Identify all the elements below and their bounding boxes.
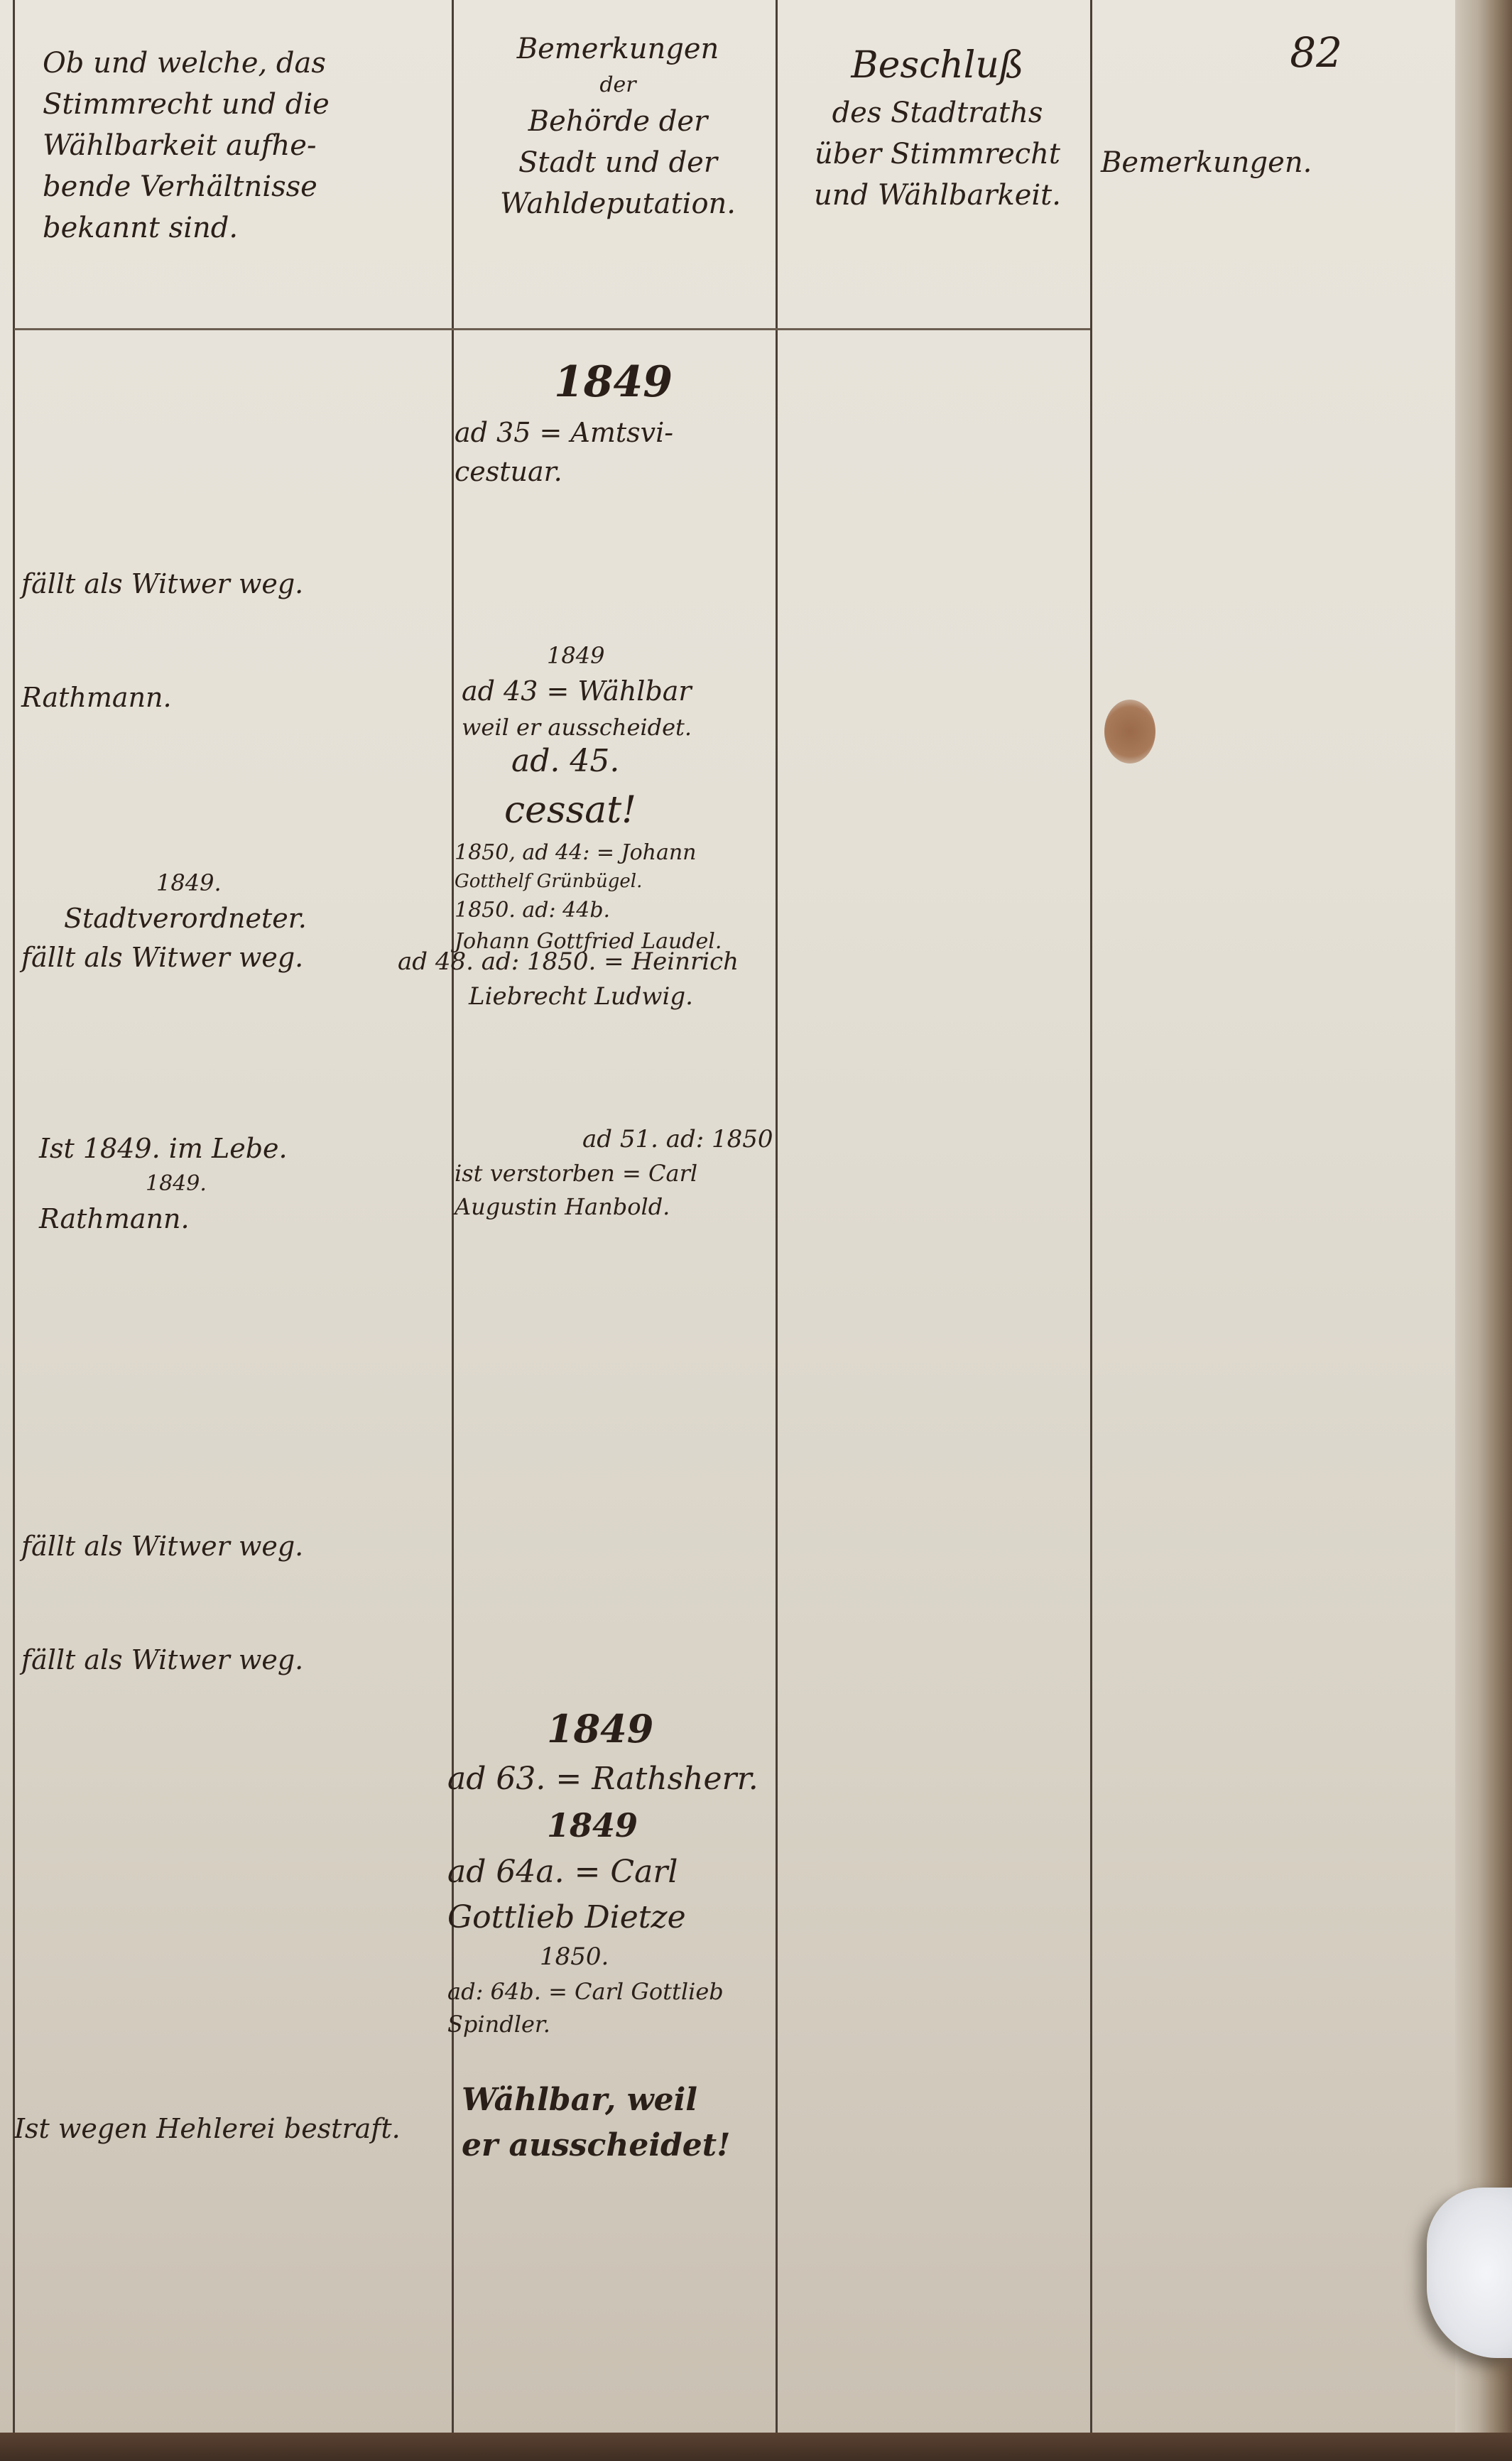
book-binding-edge: [1455, 0, 1512, 2461]
entry-col2: Wählbar, weil er ausscheidet!: [462, 2077, 730, 2168]
column-header-3: Beschluß des Stadtraths über Stimmrecht …: [788, 39, 1087, 216]
entry-col1: fällt als Witwer weg.: [21, 565, 303, 604]
page-bottom-edge: [0, 2433, 1512, 2461]
entry-col1: Rathmann.: [21, 678, 172, 717]
entry-col2: ad. 45. cessat! 1850, ad 44: = Johann Go…: [455, 739, 722, 957]
column-rule-2: [776, 0, 778, 2443]
column-header-2: Bemerkungen der Behörde der Stadt und de…: [469, 28, 767, 224]
entry-col2: 1849 ad 63. = Rathsherr. 1849 ad 64a. = …: [447, 1701, 758, 2041]
entry-col1: fällt als Witwer weg.: [21, 1527, 303, 1566]
page-number: 82: [1290, 28, 1342, 77]
column-rule-1: [452, 0, 454, 2443]
entry-col2: 1849 ad 35 = Amtsvi- cestuar.: [455, 352, 673, 491]
column-header-4: Bemerkungen.: [1101, 142, 1312, 183]
column-rule-left: [13, 0, 15, 2443]
column-rule-3: [1090, 0, 1092, 2443]
entry-col2: ad 51. ad: 1850 ist verstorben = Carl Au…: [455, 1122, 773, 1223]
document-page: 82 Ob und welche, das Stimmrecht und die…: [0, 0, 1463, 2443]
ink-stain: [1104, 700, 1155, 764]
entry-col1: Ist wegen Hehlerei bestraft.: [14, 2109, 401, 2148]
entry-col2: 1849 ad 43 = Wählbar weil er ausscheidet…: [462, 639, 692, 744]
column-header-1: Ob und welche, das Stimmrecht und die Wä…: [43, 43, 330, 249]
entry-col2: ad 48. ad: 1850. = Heinrich Liebrecht Lu…: [398, 945, 739, 1015]
header-rule: [14, 328, 1090, 330]
entry-col1: Ist 1849. im Lebe. 1849. Rathmann.: [39, 1129, 288, 1239]
entry-col1: 1849. Stadtverordneter. fällt als Witwer…: [21, 866, 307, 978]
entry-col1: fällt als Witwer weg.: [21, 1641, 303, 1680]
